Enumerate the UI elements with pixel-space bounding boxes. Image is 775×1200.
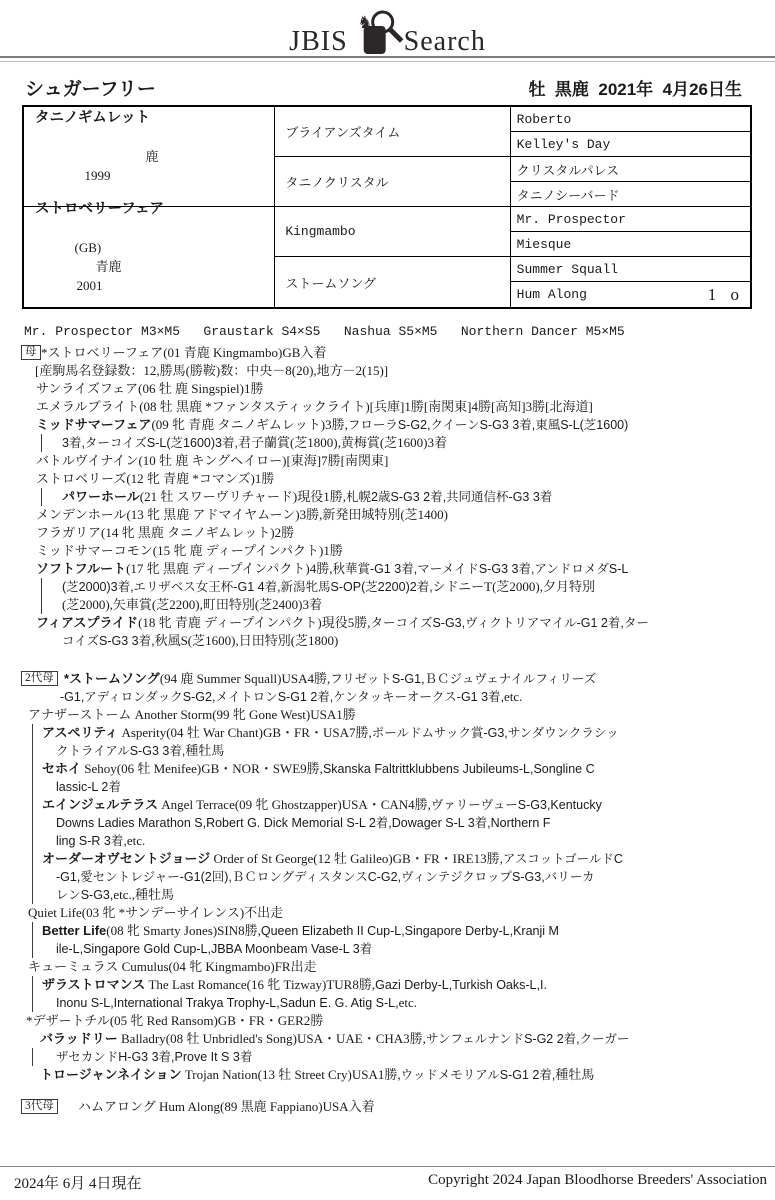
pedigree-line: オーダーオヴセントジョージ Order of St George(12 牡 Ga… [0,850,775,868]
pedigree-text: ヴァリーヴューS-G3,Kentucky [431,798,602,812]
data-current-date: 2024年 6月 4日現在 [14,1172,142,1193]
pedigree-text: etc. [399,995,417,1010]
horse-name-bold: パワーホール [62,489,140,504]
pedigree-section: 3代母ハムアロング Hum Along(89 黒鹿 Fappiano)USA入着 [0,1098,775,1116]
pedigree-line: コイズS-G3 3着,秋風S(芝1600),日田特別(芝1800) [0,632,775,650]
pedigree-line: クトライアルS-G3 3着,種牡馬 [0,742,775,760]
pedigree-line: アナザーストーム Another Storm(99 牝 Gone West)US… [0,706,775,724]
great-grandparent-cell: Hum Along 1 o [511,282,750,307]
pedigree-line: トロージャンネイション Trojan Nation(13 牡 Street Cr… [0,1066,775,1084]
great-grandparent-cell: タニノシーバード [511,182,750,207]
pedigree-line: [産駒馬名登録数：12,勝馬(勝鞍)数：中央－8(20),地方－2(15)] [0,362,775,380]
pedigree-text: Downs Ladies Marathon S,Robert G. Dick M… [56,816,550,830]
pedigree-text: ling S-R 3着, [56,834,127,848]
horse-name-bold: ソフトフルート [36,561,126,576]
pedigree-line: ミッドサマーフェア(09 牝 青鹿 タニノギムレット)3勝,フローラS-G2,ク… [0,416,775,434]
pedigree-line: サンライズフェア(06 牡 鹿 Singspiel)1勝 [0,380,775,398]
tree-branch-line [32,940,33,958]
pedigree-text: アスコットゴールドC [503,852,623,866]
pedigree-text: ile-L,Singapore Gold Cup-L,JBBA Moonbeam… [56,942,372,956]
pedigree-text: Trojan Nation(13 牡 Street Cry)USA1勝, [182,1067,401,1082]
pedigree-section: 母*ストロベリーフェア(01 青鹿 Kingmambo)GB入着[産駒馬名登録数… [0,344,775,650]
horse-name-bold: セホイ [42,761,81,776]
pedigree-text: (94 鹿 Summer Squall)USA4勝, [160,671,330,686]
pedigree-line: ザセカンドH-G3 3着,Prove It S 3着 [0,1048,775,1066]
horse-name-bold: ザラストロマンス [42,977,145,992]
pedigree-line: ile-L,Singapore Gold Cup-L,JBBA Moonbeam… [0,940,775,958]
tree-branch-line [32,832,33,850]
pedigree-text: ミッドサマーコモン(15 牝 鹿 ディープインパクト)1勝 [36,543,343,558]
pedigree-greatgrandparents-column: Roberto Kelley's Day クリスタルパレス タニノシーバード M… [511,107,750,307]
pedigree-text: ハムアロング Hum Along(89 黒鹿 Fappiano)USA入着 [78,1099,375,1114]
tree-branch-line [32,886,33,904]
pedigree-text: etc.,種牡馬 [113,887,174,902]
pedigree-text: ザセカンドH-G3 3着,Prove It S 3着 [56,1050,252,1064]
sire-detail: 鹿 1999 [35,128,274,204]
pedigree-text: ウッドメモリアルS-G1 2着, [401,1068,556,1082]
pedigree-text: クトライアルS-G3 3着, [56,744,185,758]
great-grandparent-cell: Miesque [511,232,750,257]
pedigree-text: エメラルブライト(08 牡 黒鹿 *ファンタスティックライト)[兵庫]1勝[南関… [36,399,593,414]
pedigree-text: (18 牝 青鹿 ディープインパクト)現役5勝, [138,615,370,630]
pedigree-line: フラガリア(14 牝 黒鹿 タニノギムレット)2勝 [0,524,775,542]
pedigree-text: ターコイズS-G3,ヴィクトリアマイル-G1 2着,ター [370,616,648,630]
horse-name-bold: ミッドサマーフェア [36,417,151,432]
pedigree-text: etc. [504,689,522,704]
great-grandparent-cell: クリスタルパレス [511,157,750,182]
pedigree-line: メンデンホール(13 牝 黒鹿 アドマイヤムーン)3勝,新発田城特別(芝1400… [0,506,775,524]
pedigree-text: サンライズフェア(06 牡 鹿 Singspiel)1勝 [36,381,263,396]
pedigree-text: 種牡馬 [185,743,224,758]
pedigree-text: lassic-L 2着 [56,780,121,794]
tree-branch-line [32,850,33,868]
pedigree-text: (芝2000)3着,エリザベス女王杯-G1 4着,新潟牝馬S-OP(芝2200)… [62,580,433,594]
pedigree-line: 3着,ターコイズS-L(芝1600)3着,君子蘭賞(芝1800),黄梅賞(芝16… [0,434,775,452]
sire-cell: タニノギムレット 鹿 1999 [24,107,274,207]
horse-name-bold: オーダーオヴセントジョージ [42,851,210,866]
horse-name-bold: バラッドリー [40,1031,118,1046]
pedigree-line: エインジェルテラス Angel Terrace(09 牝 Ghostzapper… [0,796,775,814]
grandparent-cell: ストームソング [275,257,509,307]
pedigree-line: -G1,愛セントレジャー-G1(2回),ＢＣロングディスタンスC-G2,ヴィンテ… [0,868,775,886]
sire-coat: 鹿 [146,149,159,164]
dam-name: ストロベリーフェア [35,200,274,219]
pedigree-text: コイズS-G3 3着, [62,634,155,648]
pedigree-text: 3着,ターコイズS-L(芝1600)3着, [62,436,238,450]
tree-branch-line [32,814,33,832]
pedigree-line: (芝2000),矢車賞(芝2200),町田特別(芝2400)3着 [0,596,775,614]
dam-origin: (GB) [75,240,102,255]
great-grandparent-cell: Summer Squall [511,257,750,282]
pedigree-parents-column: タニノギムレット 鹿 1999 ストロベリーフェア (GB) 青鹿 2001 [24,107,275,307]
dam-detail: (GB) 青鹿 2001 [35,219,274,314]
pedigree-section: 2代母*ストームソング(94 鹿 Summer Squall)USA4勝,フリゼ… [0,670,775,1084]
pedigree-line: パワーホール(21 牡 スワーヴリチャード)現役1勝,札幌2歳S-G3 2着,共… [0,488,775,506]
tree-branch-line [41,488,42,506]
pedigree-line: ling S-R 3着,etc. [0,832,775,850]
pedigree-line: レンS-G3,etc.,種牡馬 [0,886,775,904]
great-grandparent-cell: Roberto [511,107,750,132]
grandparent-cell: Kingmambo [275,207,509,257]
horse-name-bold: *ストームソング [64,671,160,686]
pedigree-line: ソフトフルート(17 牝 黒鹿 ディープインパクト)4勝,秋華賞-G1 3着,マ… [0,560,775,578]
tree-branch-line [32,742,33,760]
horse-name-bold: アスペリティ [42,725,118,740]
pedigree-line: ザラストロマンス The Last Romance(16 牝 Tizway)TU… [0,976,775,994]
pedigree-report-page: JBIS ♞ Search シュガーフリー 牡 黒鹿 2021年 4月26日生 … [0,0,775,1200]
tree-branch-line [32,994,33,1012]
pedigree-text: バトルヴイナイン(10 牡 鹿 キングヘイロー)[東海]7勝[南関東] [36,453,388,468]
tree-branch-line [32,922,33,940]
pedigree-line: フィアスプライド(18 牝 青鹿 ディープインパクト)現役5勝,ターコイズS-G… [0,614,775,632]
pedigree-text: (09 牝 青鹿 タニノギムレット)3勝, [151,417,347,432]
horse-sex-coat-birthdate: 牡 黒鹿 2021年 4月26日生 [528,75,742,100]
title-row: シュガーフリー 牡 黒鹿 2021年 4月26日生 [25,74,742,101]
great-grandparent-cell: Mr. Prospector [511,207,750,232]
pedigree-text: (17 牝 黒鹿 ディープインパクト)4勝, [126,561,332,576]
tree-branch-line [41,578,42,596]
pedigree-line: *デザートチル(05 牝 Red Ransom)GB・FR・GER2勝 [0,1012,775,1030]
pedigree-line: Better Life(08 牝 Smarty Jones)SIN8勝,Quee… [0,922,775,940]
tree-branch-line [32,796,33,814]
pedigree-line: *ストロベリーフェア(01 青鹿 Kingmambo)GB入着 [0,344,775,362]
copyright-text: Copyright 2024 Japan Bloodhorse Breeders… [428,1172,767,1193]
footer-divider [0,1166,775,1167]
pedigree-text: Sehoy(06 牡 Menifee)GB・NOR・SWE9勝, [81,761,323,776]
pedigree-line: アスペリティ Asperity(04 牡 War Chant)GB・FR・USA… [0,724,775,742]
horse-name-bold: Better Life [42,923,106,938]
pedigree-line: セホイ Sehoy(06 牡 Menifee)GB・NOR・SWE9勝,Skan… [0,760,775,778]
pedigree-line: キューミュラス Cumulus(04 牝 Kingmambo)FR出走 [0,958,775,976]
pedigree-line: Quiet Life(03 牝 *サンデーサイレンス)不出走 [0,904,775,922]
pedigree-table: タニノギムレット 鹿 1999 ストロベリーフェア (GB) 青鹿 2001 ブ… [22,105,752,309]
pedigree-text: Inonu S-L,International Trakya Trophy-L,… [56,996,399,1010]
pedigree-line: Downs Ladies Marathon S,Robert G. Dick M… [0,814,775,832]
logo-jbis-text: JBIS [289,28,347,56]
pedigree-text: 君子蘭賞(芝1800),黄梅賞(芝1600)3着 [238,435,447,450]
pedigree-text: 秋華賞-G1 3着,マーメイドS-G3 3着,アンドロメダS-L [332,562,628,576]
pedigree-text: ポールドムサック賞-G3,サンダウンクラシッ [372,726,619,740]
footer: 2024年 6月 4日現在 Copyright 2024 Japan Blood… [14,1172,767,1193]
pedigree-text: Order of St George(12 牡 Galileo)GB・FR・IR… [210,851,503,866]
pedigree-text: フラガリア(14 牝 黒鹿 タニノギムレット)2勝 [36,525,294,540]
tree-branch-line [32,724,33,742]
tree-branch-line [41,434,42,452]
dam-year: 2001 [77,278,103,293]
tree-branch-line [32,760,33,778]
pedigree-text: 札幌2歳S-G3 2着,共同通信杯-G3 3着 [346,490,552,504]
pedigree-text: Queen Elizabeth II Cup-L,Singapore Derby… [261,924,559,938]
horse-magnifier-icon: ♞ [350,10,406,56]
tree-branch-line [32,868,33,886]
pedigree-line: ミッドサマーコモン(15 牝 鹿 ディープインパクト)1勝 [0,542,775,560]
tree-branch-line [32,778,33,796]
horse-name-bold: フィアスプライド [36,615,138,630]
pedigree-text: Quiet Life(03 牝 *サンデーサイレンス)不出走 [28,905,283,920]
sire-name: タニノギムレット [35,109,274,128]
great-grandparent-cell: Kelley's Day [511,132,750,157]
pedigree-text: *ストロベリーフェア(01 青鹿 Kingmambo)GB入着 [41,345,326,360]
header-divider [0,56,775,62]
dam-coat: 青鹿 [96,259,122,274]
pedigree-text: (21 牡 スワーヴリチャード)現役1勝, [140,489,346,504]
pedigree-text: Asperity(04 牡 War Chant)GB・FR・USA7勝, [118,725,372,740]
pedigree-line: ストロベリーズ(12 牝 青鹿 *コマンズ)1勝 [0,470,775,488]
inbreeding-line: Mr. Prospector M3×M5 Graustark S4×S5 Nas… [24,324,625,339]
jbis-search-logo: JBIS ♞ Search [289,10,486,56]
pedigree-text: -G1,アディロンダックS-G2,メイトロンS-G1 2着,ケンタッキーオークス… [60,690,504,704]
pedigree-text: レンS-G3, [56,888,113,902]
pedigree-text: etc. [127,833,145,848]
grandparent-cell: ブライアンズタイム [275,107,509,157]
pedigree-line: バラッドリー Balladry(08 牡 Unbridled's Song)US… [0,1030,775,1048]
pedigree-text: Balladry(08 牡 Unbridled's Song)USA・UAE・C… [118,1031,426,1046]
pedigree-text: アナザーストーム Another Storm(99 牝 Gone West)US… [28,707,356,722]
pedigree-line: Inonu S-L,International Trakya Trophy-L,… [0,994,775,1012]
pedigree-text: The Last Romance(16 牝 Tizway)TUR8勝, [145,977,375,992]
pedigree-line: -G1,アディロンダックS-G2,メイトロンS-G1 2着,ケンタッキーオークス… [0,688,775,706]
pedigree-text: (08 牝 Smarty Jones)SIN8勝, [106,923,261,938]
scan-artifact-text: 1 o [708,285,744,305]
sire-year: 1999 [85,168,111,183]
pedigree-text: Gazi Derby-L,Turkish Oaks-L,I. [375,978,547,992]
pedigree-text: *デザートチル(05 牝 Red Ransom)GB・FR・GER2勝 [26,1013,323,1028]
logo-search-text: Search [404,28,486,56]
pedigree-text: 種牡馬 [555,1067,594,1082]
great-grandparent-name: Hum Along [517,287,587,302]
pedigree-grandparents-column: ブライアンズタイム タニノクリスタル Kingmambo ストームソング [275,107,510,307]
horse-name-bold: エインジェルテラス [42,797,158,812]
pedigree-text: フローラS-G2,クイーンS-G3 3着,東風S-L(芝1600) [348,418,628,432]
tree-branch-line [41,596,42,614]
pedigree-line: (芝2000)3着,エリザベス女王杯-G1 4着,新潟牝馬S-OP(芝2200)… [0,578,775,596]
pedigree-line: ハムアロング Hum Along(89 黒鹿 Fappiano)USA入着 [0,1098,775,1116]
pedigree-text: (芝2000),矢車賞(芝2200),町田特別(芝2400)3着 [62,597,322,612]
pedigree-text: Skanska Faltrittklubbens Jubileums-L,Son… [323,762,595,776]
pedigree-line: lassic-L 2着 [0,778,775,796]
tree-branch-line [32,1048,33,1066]
pedigree-text: フリゼットS-G1,ＢＣジュヴェナイルフィリーズ [330,672,596,686]
dam-cell: ストロベリーフェア (GB) 青鹿 2001 [24,207,274,307]
horse-name: シュガーフリー [25,74,156,101]
pedigree-text: サンフェルナンドS-G2 2着,クーガー [426,1032,629,1046]
pedigree-line: エメラルブライト(08 牡 黒鹿 *ファンタスティックライト)[兵庫]1勝[南関… [0,398,775,416]
pedigree-text: シドニーT(芝2000),夕月特別 [433,579,595,594]
pedigree-text: [産駒馬名登録数：12,勝馬(勝鞍)数：中央－8(20),地方－2(15)] [35,363,388,378]
pedigree-text: キューミュラス Cumulus(04 牝 Kingmambo)FR出走 [28,959,317,974]
pedigree-text: 秋風S(芝1600),日田特別(芝1800) [155,633,339,648]
pedigree-text: メンデンホール(13 牝 黒鹿 アドマイヤムーン)3勝,新発田城特別(芝1400… [36,507,448,522]
horse-name-bold: トロージャンネイション [40,1067,182,1082]
pedigree-text: ストロベリーズ(12 牝 青鹿 *コマンズ)1勝 [36,471,274,486]
grandparent-cell: タニノクリスタル [275,157,509,207]
tree-branch-line [32,976,33,994]
pedigree-line: *ストームソング(94 鹿 Summer Squall)USA4勝,フリゼットS… [0,670,775,688]
pedigree-text: -G1,愛セントレジャー-G1(2回),ＢＣロングディスタンスC-G2,ヴィンテ… [56,870,594,884]
pedigree-line: バトルヴイナイン(10 牡 鹿 キングヘイロー)[東海]7勝[南関東] [0,452,775,470]
pedigree-text: Angel Terrace(09 牝 Ghostzapper)USA・CAN4勝… [158,797,431,812]
